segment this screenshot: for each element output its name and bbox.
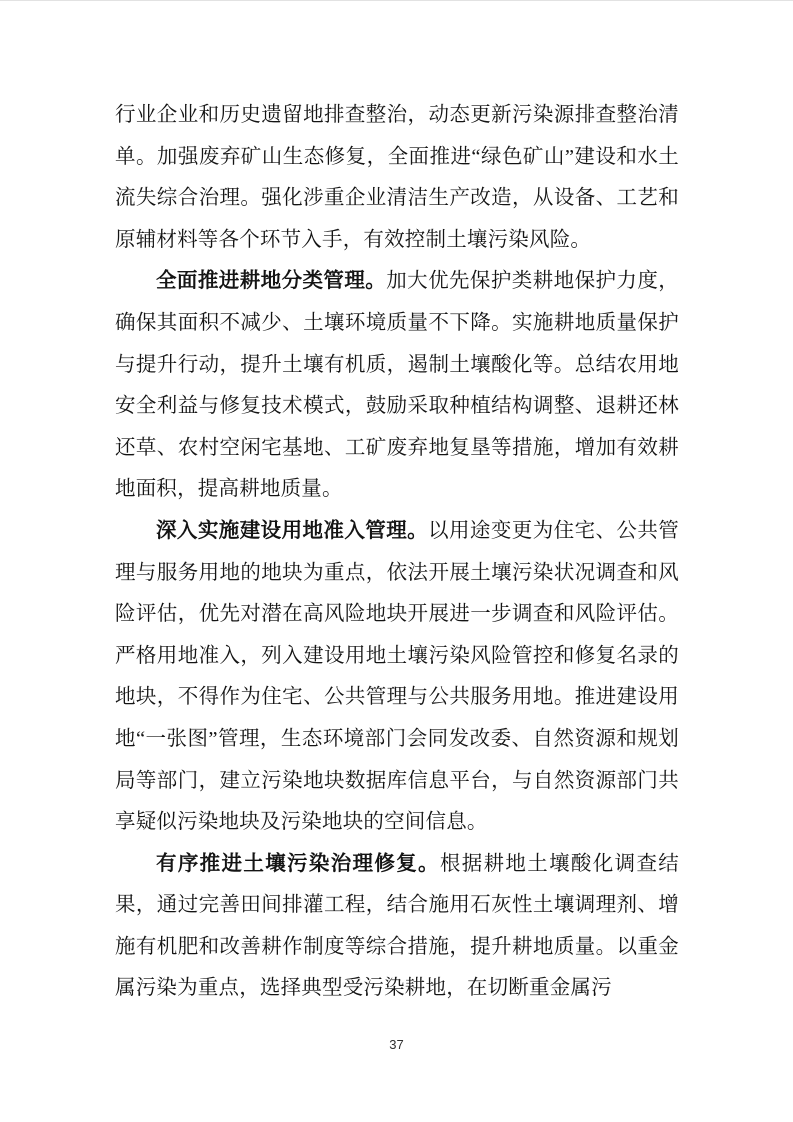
paragraph: 全面推进耕地分类管理。加大优先保护类耕地保护力度，确保其面积不减少、土壤环境质量… [115,261,679,511]
document-page: 行业企业和历史遗留地排查整治，动态更新污染源排查整治清单。加强废弃矿山生态修复，… [0,0,793,1122]
paragraph-lead: 深入实施建设用地准入管理。 [156,520,428,542]
paragraph-lead: 全面推进耕地分类管理。 [156,270,386,292]
paragraph-text: 行业企业和历史遗留地排查整治，动态更新污染源排查整治清单。加强废弃矿山生态修复，… [115,104,679,251]
paragraph-lead: 有序推进土壤污染治理修复。 [156,853,440,875]
page-number: 37 [0,1037,793,1052]
paragraph-text: 以用途变更为住宅、公共管理与服务用地的地块为重点，依法开展土壤污染状况调查和风险… [115,520,679,833]
paragraph: 行业企业和历史遗留地排查整治，动态更新污染源排查整治清单。加强废弃矿山生态修复，… [115,95,679,261]
paragraph: 深入实施建设用地准入管理。以用途变更为住宅、公共管理与服务用地的地块为重点，依法… [115,511,679,844]
paragraph-text: 加大优先保护类耕地保护力度，确保其面积不减少、土壤环境质量不下降。实施耕地质量保… [115,270,679,500]
paragraph: 有序推进土壤污染治理修复。根据耕地土壤酸化调查结果，通过完善田间排灌工程，结合施… [115,844,679,1010]
document-body-text: 行业企业和历史遗留地排查整治，动态更新污染源排查整治清单。加强废弃矿山生态修复，… [115,95,679,1010]
